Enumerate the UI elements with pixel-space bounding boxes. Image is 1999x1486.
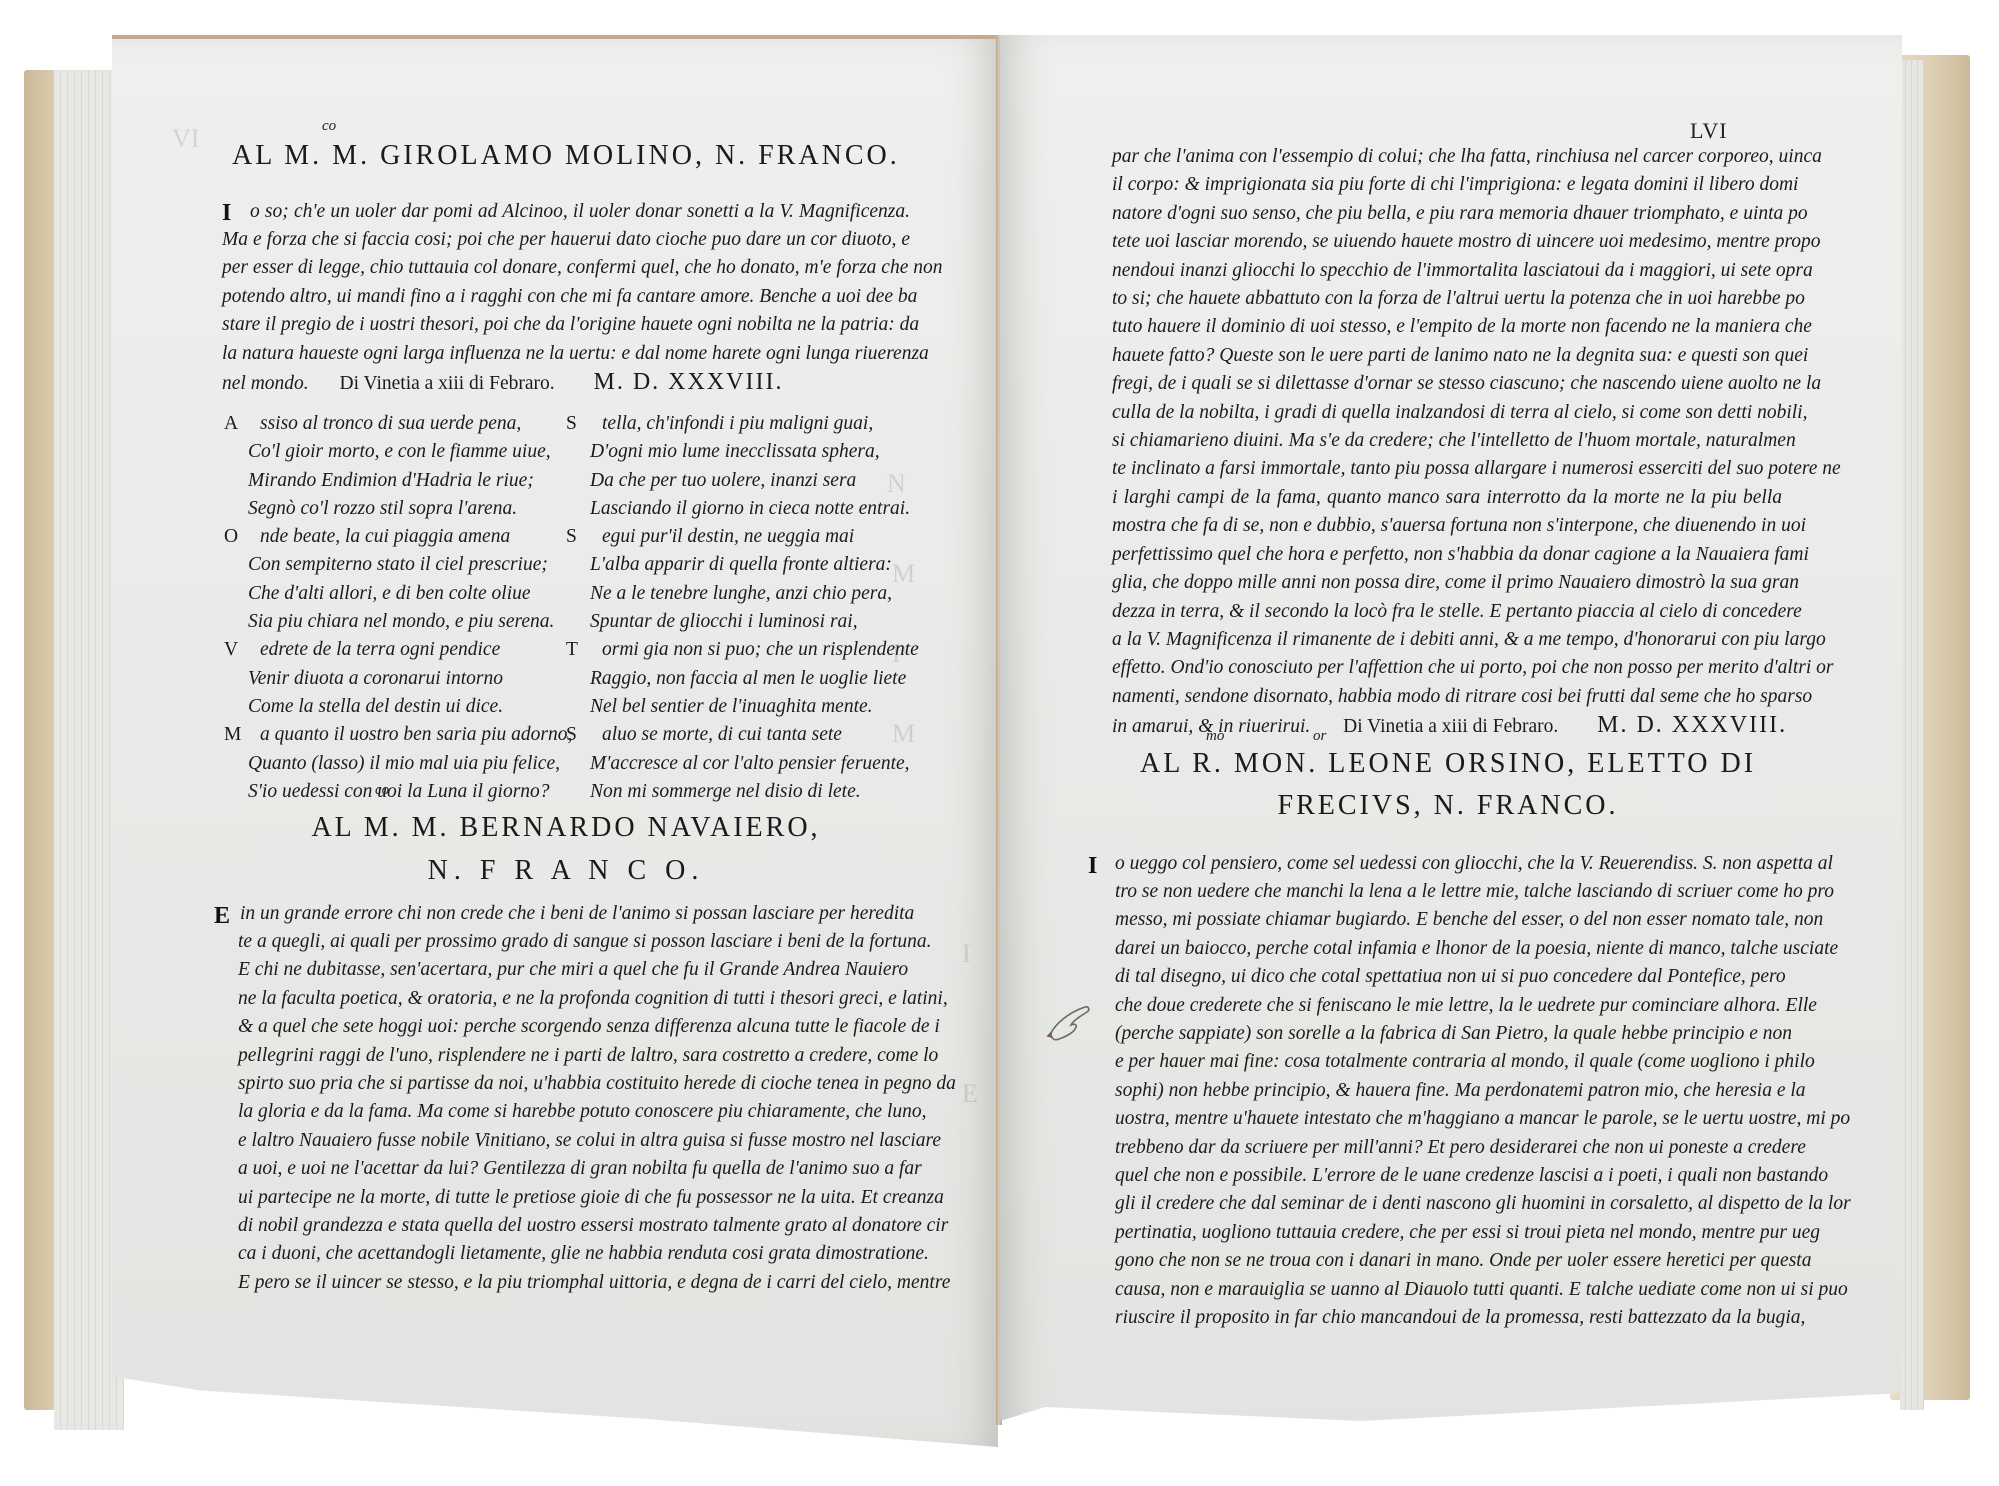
text-line: di tal disegno, ui dico che cotal spetta… [1115,963,1783,991]
verse-line: Tormi gia non si puo; che un risplendent… [566,636,919,664]
text-line: dezza in terra, & il secondo la locò fra… [1112,598,1782,626]
show-through-text: VI [172,124,199,154]
verse-line: Segui pur'il destin, ne ueggia mai [566,523,919,551]
text-line: stare il pregio de i uostri thesori, poi… [222,311,910,339]
text-line: il corpo: & imprigionata sia piu forte d… [1112,171,1782,199]
dropcap-E: E [214,903,230,930]
verse-line: Come la stella del destin ui dice. [224,693,572,721]
text-line: effetto. Ond'io conosciuto per l'affetti… [1112,654,1782,682]
text-line: di nobil grandezza e stata quella del uo… [238,1212,908,1240]
text-line: per esser di legge, chio tuttauia col do… [222,254,910,282]
verse-line: S'io uedessi con uoi la Luna il giorno? [224,778,572,806]
text-line: e laltro Nauaiero fusse nobile Vinitiano… [238,1127,908,1155]
text-line: i larghi campi de la fama, quanto manco … [1112,484,1782,512]
text-line: ca i duoni, che acettandogli lietamente,… [238,1240,908,1268]
text-line: sophi) non hebbe principio, & hauera fin… [1115,1077,1783,1105]
text-line: & a quel che sete hoggi uoi: perche scor… [238,1013,908,1041]
text-line: causa, non e marauiglia se uanno al Diau… [1115,1276,1783,1304]
sonnet-stella: Stella, ch'infondi i piu maligni guai, D… [566,410,919,806]
text-line: glia, che doppo mille anni non possa dir… [1112,569,1782,597]
text-line: la gloria e da la fama. Ma come si hareb… [238,1098,908,1126]
verse-line: Segnò co'l rozzo stil sopra l'arena. [224,495,572,523]
text-line: namenti, sendone disornato, habbia modo … [1112,683,1782,711]
text-line: potendo altro, ui mandi fino a i ragghi … [222,283,910,311]
letter-molino: o so; ch'e un uoler dar pomi ad Alcinoo,… [250,198,910,226]
text-line: te inclinato a farsi immortale, tanto pi… [1112,455,1782,483]
text-line: natore d'ogni suo senso, che piu bella, … [1112,200,1782,228]
verse-line: Saluo se morte, di cui tanta sete [566,721,919,749]
text-line: riuscire il proposito in far chio mancan… [1115,1304,1783,1332]
text-line: E chi ne dubitasse, sen'acertara, pur ch… [238,956,908,984]
dateline: Di Vinetia a xiii di Febraro. [1343,716,1558,737]
text-line: ne la faculta poetica, & oratoria, e ne … [238,985,908,1013]
sonnet-endimion: Assiso al tronco di sua uerde pena, Co'l… [224,410,572,806]
text-line: gli il credere che dal seminar de i dent… [1115,1190,1783,1218]
text-line: quel che non e possibile. L'errore de le… [1115,1162,1783,1190]
page-edges-right [1900,60,1924,1410]
letter-orsino: o ueggo col pensiero, come sel uedessi c… [1115,850,1783,878]
letter-navaiero: in un grande errore chi non crede che i … [240,900,908,928]
verse-line: Che d'alti allori, e di ben colte oliue [224,580,572,608]
text-line: o ueggo col pensiero, come sel uedessi c… [1115,850,1783,878]
text-line: Ma e forza che si faccia cosi; poi che p… [222,226,910,254]
verse-line: Assiso al tronco di sua uerde pena, [224,410,572,438]
text-line: trebbeno dar da scriuere per mill'anni? … [1115,1134,1783,1162]
folio-number: LVI [1690,118,1728,144]
text-line: che doue crederete che si feniscano le m… [1115,992,1783,1020]
dropcap-I: I [222,200,231,227]
verse-line: Ma quanto il uostro ben saria piu adorno… [224,721,572,749]
verse-line: Onde beate, la cui piaggia amena [224,523,572,551]
heading-orsino-2: FRECIVS, N. FRANCO. [1112,790,1784,822]
text-line: la natura haueste ogni larga influenza n… [222,340,910,368]
year: M. D. XXXVIII. [594,369,784,395]
text-line: gono che non se ne troua con i danari in… [1115,1247,1783,1275]
catchword-top: co [322,118,336,135]
text-line: a uoi, e uoi ne l'acettar da lui? Gentil… [238,1155,908,1183]
verse-line: Quanto (lasso) il mio mal uia piu felice… [224,750,572,778]
verse-line: Lasciando il giorno in cieca notte entra… [566,495,919,523]
text-line: darei un baiocco, perche cotal infamia e… [1115,935,1783,963]
verse-line: Stella, ch'infondi i piu maligni guai, [566,410,919,438]
year: M. D. XXXVIII. [1597,712,1787,738]
verse-line: Ne a le tenebre lunghe, anzi chio pera, [566,580,919,608]
verse-line: M'accresce al cor l'alto pensier feruent… [566,750,919,778]
text-line: (perche sappiate) son sorelle a la fabri… [1115,1020,1783,1048]
manicule-icon [1045,1003,1091,1043]
text-line: mostra che fa di se, non e dubbio, s'aue… [1112,512,1782,540]
text-line: ui partecipe ne la morte, di tutte le pr… [238,1184,908,1212]
verse-line: Sia piu chiara nel mondo, e piu serena. [224,608,572,636]
verse-line: Da che per tuo uolere, inanzi sera [566,467,919,495]
verse-line: Con sempiterno stato il ciel prescriue; [224,551,572,579]
verse-line: Raggio, non faccia al men le uoglie liet… [566,665,919,693]
text-line: uostra, mentre u'hauete intestato che m'… [1115,1105,1783,1133]
catchword-mid: co [375,782,389,799]
verse-line: Nel bel sentier de l'inuaghita mente. [566,693,919,721]
show-through-text: E [962,1079,978,1109]
heading-navaiero: AL M. M. BERNARDO NAVAIERO, [222,812,910,844]
dateline-row: nel mondo. Di Vinetia a xiii di Febraro.… [222,368,910,398]
verse-line: Co'l gioir morto, e con le fiamme uiue, [224,438,572,466]
verse-line: Spuntar de gliocchi i luminosi rai, [566,608,919,636]
text-line: pertinatia, uogliono tuttauia credere, c… [1115,1219,1783,1247]
text-line: messo, mi possiate chiamar bugiardo. E b… [1115,906,1783,934]
text-line: te a quegli, ai quali per prossimo grado… [238,928,908,956]
text-line: tuto hauere il dominio di uoi stesso, e … [1112,313,1782,341]
superscript-mo: mo [1206,728,1224,745]
text-line: culla de la nobilta, i gradi di quella i… [1112,399,1782,427]
dateline: Di Vinetia a xiii di Febraro. [340,373,555,394]
verse-line: Vedrete de la terra ogni pendice [224,636,572,664]
verse-line: Venir diuota a coronarui intorno [224,665,572,693]
letter-navaiero-body: te a quegli, ai quali per prossimo grado… [238,928,908,1297]
heading-navaiero-2: N. F R A N C O. [222,855,910,887]
letter-navaiero-continued: par che l'anima con l'essempio di colui;… [1112,143,1782,742]
superscript-or: or [1313,728,1326,745]
text-line: in un grande errore chi non crede che i … [240,900,908,928]
text-line: E pero se il uincer se stesso, e la piu … [238,1269,908,1297]
verse-line: D'ogni mio lume inecclissata sphera, [566,438,919,466]
letter-orsino-body: tro se non uedere che manchi la lena a l… [1115,878,1783,1333]
text-line: hauete fatto? Queste son le uere parti d… [1112,342,1782,370]
dropcap-I: I [1088,853,1097,880]
heading-orsino: AL R. MON. LEONE ORSINO, ELETTO DI [1112,748,1784,780]
text-line: nel mondo. [222,373,309,394]
text-line: fregi, de i quali se si dilettasse d'orn… [1112,370,1782,398]
show-through-text: I [962,939,971,969]
verse-line: L'alba apparir di quella fronte altiera: [566,551,919,579]
text-line: tro se non uedere che manchi la lena a l… [1115,878,1783,906]
text-line: nendoui inanzi gliocchi lo specchio de l… [1112,257,1782,285]
text-line: to si; che hauete abbattuto con la forza… [1112,285,1782,313]
text-line: a la V. Magnificenza il rimanente de i d… [1112,626,1782,654]
verse-line: Non mi sommerge nel disio di lete. [566,778,919,806]
verse-line: Mirando Endimion d'Hadria le riue; [224,467,572,495]
text-line: par che l'anima con l'essempio di colui;… [1112,143,1782,171]
heading-molino: AL M. M. GIROLAMO MOLINO, N. FRANCO. [232,140,932,172]
text-line: e per hauer mai fine: cosa totalmente co… [1115,1048,1783,1076]
text-line: spirto suo pria che si partisse da noi, … [238,1070,908,1098]
letter-molino-body: Ma e forza che si faccia cosi; poi che p… [222,226,910,398]
text-line: si chiamarieno diuini. Ma s'e da credere… [1112,427,1782,455]
text-line: perfettissimo quel che hora e perfetto, … [1112,541,1782,569]
text-line: o so; ch'e un uoler dar pomi ad Alcinoo,… [250,198,910,226]
text-line: pellegrini raggi de l'uno, risplendere n… [238,1042,908,1070]
text-line: tete uoi lasciar morendo, se uiuendo hau… [1112,228,1782,256]
